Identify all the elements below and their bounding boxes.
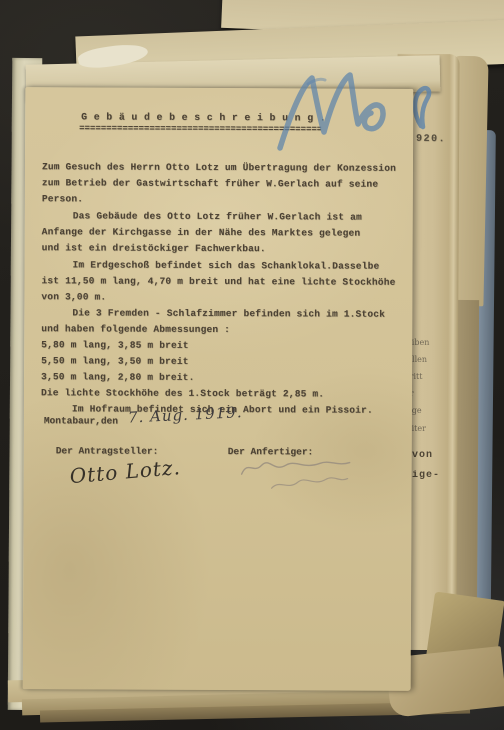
body-line: von 3,00 m.: [41, 291, 106, 302]
blue-pencil-initial-mark: [270, 70, 396, 152]
body-line: Person.: [42, 193, 83, 204]
applicant-signature: Otto Lotz.: [69, 455, 182, 488]
body-line: 5,80 m lang, 3,85 m breit: [41, 339, 189, 351]
body-line: und haben folgende Abmessungen :: [41, 323, 230, 335]
body-line: 5,50 m lang, 3,50 m breit: [41, 355, 189, 367]
body-line: Die lichte Stockhöhe des 1.Stock beträgt…: [41, 387, 324, 399]
body-line: Das Gebäude des Otto Lotz früher W.Gerla…: [73, 210, 362, 222]
year-stamp-fragment: 920.: [416, 134, 446, 146]
body-line: ist 11,50 m lang, 4,70 m breit und hat e…: [41, 275, 395, 288]
preparer-signature-scribble: [238, 456, 358, 501]
applicant-label: Der Antragsteller:: [56, 445, 159, 456]
body-line: und ist ein dreistöckiger Fachwerkbau.: [42, 242, 266, 254]
body-line: zum Betrieb der Gastwirtschaft früher W.…: [42, 177, 378, 189]
body-line: Zum Gesuch des Herrn Otto Lotz um Übertr…: [42, 161, 396, 174]
body-line: 3,50 m lang, 2,80 m breit.: [41, 371, 194, 383]
body-line: Die 3 Fremden - Schlafzimmer befinden si…: [72, 307, 385, 319]
archive-photo: 920. treiben stellen chritt der trage we…: [0, 0, 504, 730]
body-line: Anfange der Kirchgasse in der Nähe des M…: [42, 226, 361, 238]
place-date-typed: Montabaur,den: [44, 415, 118, 426]
body-line: Im Erdgeschoß befindet sich das Schanklo…: [73, 259, 380, 271]
document-page: G e b ä u d e b e s c h r e i b u n g . …: [23, 87, 414, 691]
